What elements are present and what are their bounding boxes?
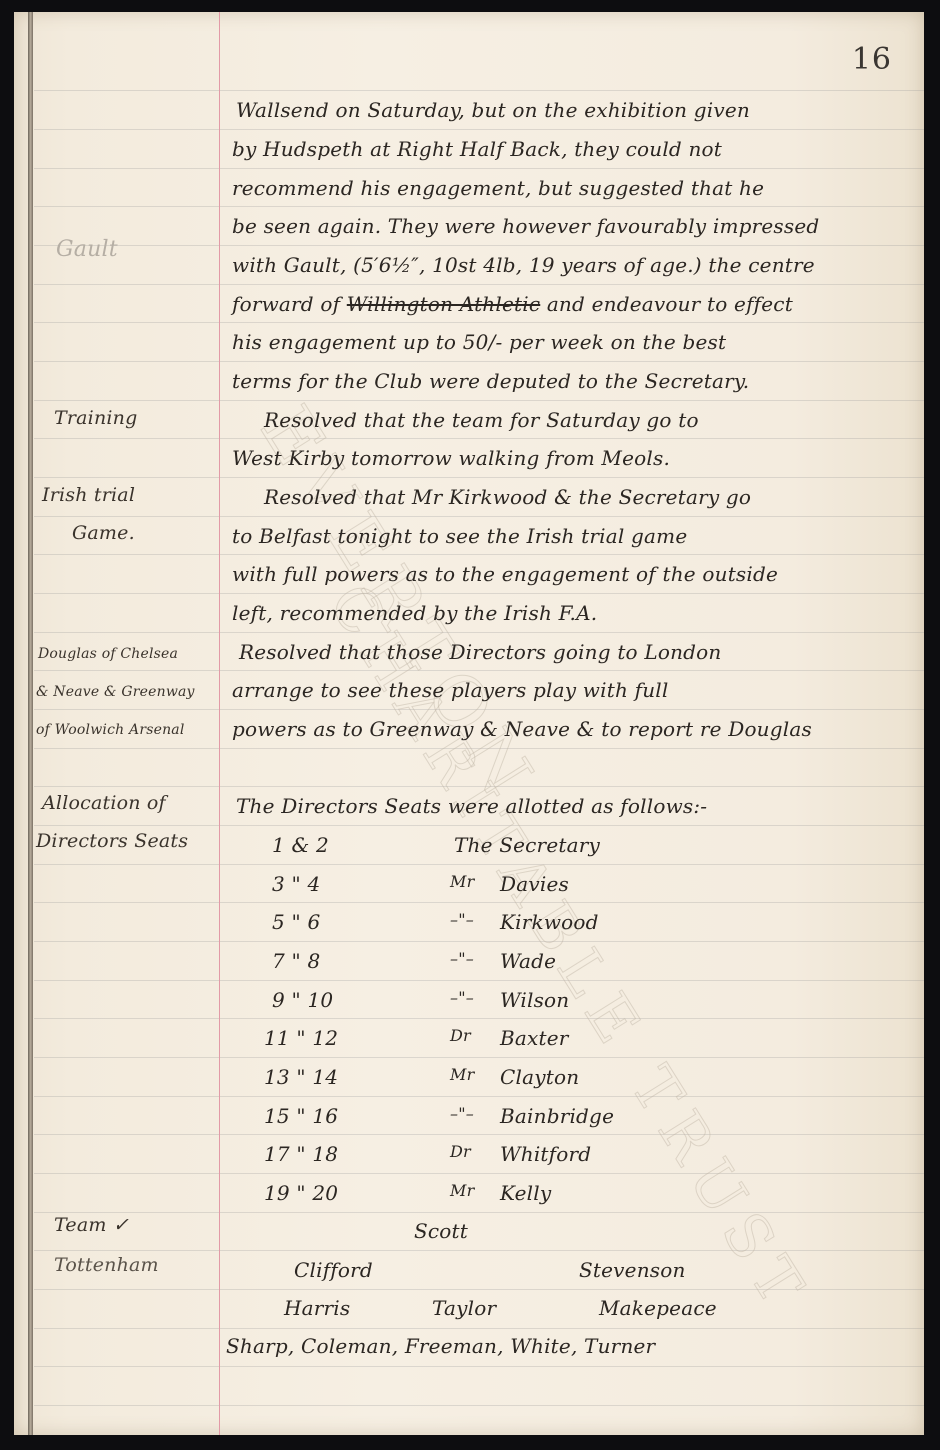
forward-line: Sharp, Coleman, Freeman, White, Turner: [226, 1334, 655, 1358]
minutes-line: Wallsend on Saturday, but on the exhibit…: [236, 98, 750, 122]
minutes-line: The Directors Seats were allotted as fol…: [236, 794, 707, 818]
seat-holder: Kirkwood: [500, 910, 599, 934]
seat-holder: Whitford: [500, 1142, 591, 1166]
minutes-line: to Belfast tonight to see the Irish tria…: [232, 524, 687, 548]
half-back-centre: Taylor: [432, 1296, 496, 1320]
ruled-line: [34, 477, 924, 478]
seat-holder: Bainbridge: [500, 1104, 614, 1128]
margin-note-irish-trial: Irish trial: [42, 484, 135, 506]
struck-club-name: Willington Athletic: [347, 292, 540, 316]
seat-holder: The Secretary: [454, 833, 600, 857]
ruled-line: [34, 554, 924, 555]
margin-note-gault: Gault: [56, 237, 118, 262]
seat-numbers: 1 & 2: [272, 833, 329, 857]
half-back-left: Makepeace: [599, 1296, 717, 1320]
minutes-line: with Gault, (5′6½″, 10st 4lb, 19 years o…: [232, 253, 815, 277]
seat-numbers: 17 " 18: [264, 1142, 338, 1166]
ruled-line: [34, 941, 924, 942]
seat-numbers: 7 " 8: [272, 949, 320, 973]
minutes-line: recommend his engagement, but suggested …: [232, 176, 764, 200]
minutes-line: his engagement up to 50/- per week on th…: [232, 330, 726, 354]
ruled-line: [34, 1134, 924, 1135]
seat-holder: Kelly: [500, 1181, 551, 1205]
minutes-line: Resolved that Mr Kirkwood & the Secretar…: [264, 485, 751, 509]
seat-title: Dr: [450, 1142, 471, 1161]
ruled-line: [34, 322, 924, 323]
ruled-line: [34, 361, 924, 362]
ruled-line: [34, 284, 924, 285]
minutes-line: forward of Willington Athletic and endea…: [232, 292, 793, 316]
ruled-line: [34, 400, 924, 401]
ruled-line: [34, 129, 924, 130]
ruled-line: [34, 1405, 924, 1406]
seat-holder: Baxter: [500, 1026, 569, 1050]
ruled-line: [34, 980, 924, 981]
ruled-line: [34, 902, 924, 903]
minutes-line: arrange to see these players play with f…: [232, 678, 668, 702]
ruled-line: [34, 1057, 924, 1058]
ruled-line: [34, 1212, 924, 1213]
half-back-right: Harris: [284, 1296, 350, 1320]
seat-numbers: 15 " 16: [264, 1104, 338, 1128]
minutes-text: and endeavour to effect: [547, 292, 793, 316]
seat-title: –"–: [450, 949, 474, 968]
ruled-line: [34, 1366, 924, 1367]
ruled-line: [34, 206, 924, 207]
margin-note-douglas-1: Douglas of Chelsea: [38, 646, 178, 662]
margin-note-allocation-2: Directors Seats: [36, 830, 188, 852]
seat-numbers: 5 " 6: [272, 910, 320, 934]
seat-numbers: 11 " 12: [264, 1026, 338, 1050]
ruled-line: [34, 516, 924, 517]
seat-title: Mr: [450, 1065, 474, 1084]
seat-title: –"–: [450, 910, 474, 929]
minutes-line: with full powers as to the engagement of…: [232, 562, 778, 586]
minutes-line: West Kirby tomorrow walking from Meols.: [232, 446, 670, 470]
seat-title: Mr: [450, 1181, 474, 1200]
full-back-right: Stevenson: [579, 1258, 686, 1282]
margin-rule: [219, 12, 220, 1435]
minutes-line: be seen again. They were however favoura…: [232, 214, 819, 238]
seat-title: Dr: [450, 1026, 471, 1045]
margin-note-tottenham: Tottenham: [54, 1254, 159, 1276]
seat-numbers: 19 " 20: [264, 1181, 338, 1205]
ledger-page: EVERTON CHARITABLE TRUST 16 Gault Traini…: [14, 12, 924, 1435]
seat-numbers: 13 " 14: [264, 1065, 338, 1089]
full-back-left: Clifford: [294, 1258, 373, 1282]
minutes-line: Resolved that the team for Saturday go t…: [264, 408, 699, 432]
minutes-line: powers as to Greenway & Neave & to repor…: [232, 717, 812, 741]
ruled-line: [34, 245, 924, 246]
margin-note-team: Team ✓: [54, 1214, 129, 1236]
ruled-line: [34, 593, 924, 594]
ruled-line: [34, 438, 924, 439]
margin-note-training: Training: [54, 407, 137, 429]
ruled-line: [34, 90, 924, 91]
page-number: 16: [852, 42, 892, 77]
margin-note-douglas-3: of Woolwich Arsenal: [36, 722, 185, 738]
seat-holder: Clayton: [500, 1065, 579, 1089]
margin-note-allocation-1: Allocation of: [42, 792, 166, 814]
margin-note-douglas-2: & Neave & Greenway: [36, 684, 195, 700]
ruled-line: [34, 632, 924, 633]
ruled-line: [34, 168, 924, 169]
seat-numbers: 9 " 10: [272, 988, 333, 1012]
seat-numbers: 3 " 4: [272, 872, 320, 896]
seat-holder: Davies: [500, 872, 569, 896]
margin-note-game: Game.: [72, 522, 135, 544]
seat-holder: Wade: [500, 949, 556, 973]
ruled-line: [34, 1096, 924, 1097]
goalkeeper: Scott: [414, 1219, 468, 1243]
minutes-line: Resolved that those Directors going to L…: [239, 640, 721, 664]
binding-edge: [28, 12, 33, 1435]
ruled-line: [34, 1018, 924, 1019]
minutes-line: terms for the Club were deputed to the S…: [232, 369, 749, 393]
seat-title: –"–: [450, 1104, 474, 1123]
minutes-line: left, recommended by the Irish F.A.: [232, 601, 597, 625]
ruled-line: [34, 1173, 924, 1174]
minutes-line: by Hudspeth at Right Half Back, they cou…: [232, 137, 722, 161]
minutes-text: forward of: [232, 292, 340, 316]
ruled-line: [34, 1328, 924, 1329]
seat-title: Mr: [450, 872, 474, 891]
seat-holder: Wilson: [500, 988, 569, 1012]
seat-title: –"–: [450, 988, 474, 1007]
